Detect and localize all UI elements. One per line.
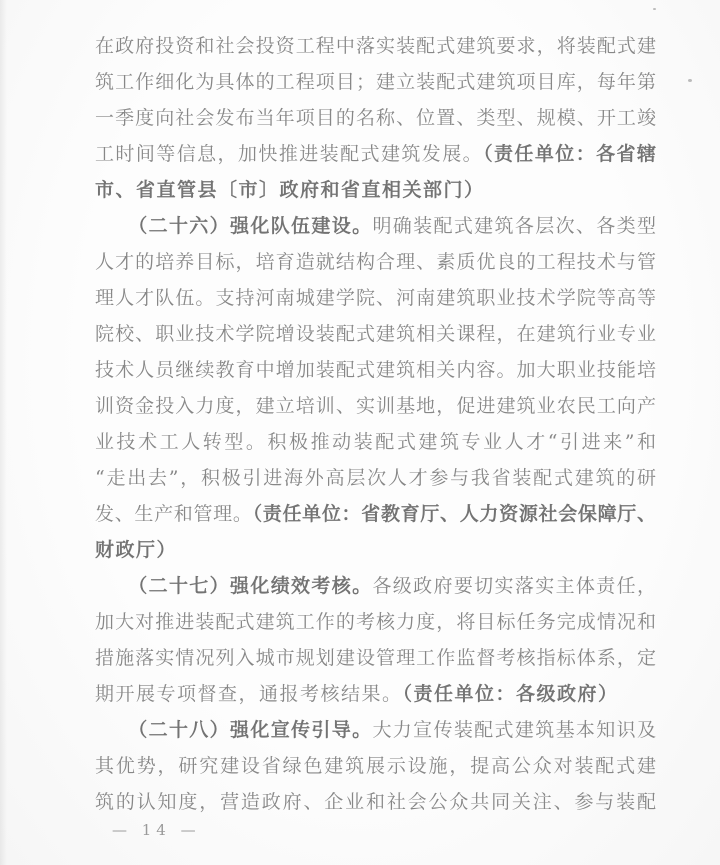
text-line: 发、生产和管理。（责任单位：省教育厅、人力资源社会保障厅、 bbox=[95, 496, 656, 532]
bold-text-segment: （二十八）强化宣传引导。 bbox=[128, 719, 372, 741]
text-line: 技术人员继续教育中增加装配式建筑相关内容。加大职业技能培 bbox=[95, 352, 656, 388]
text-segment: 业技术工人转型。积极推动装配式建筑专业人才“引进来”和 bbox=[95, 431, 656, 453]
bold-text-segment: （责任单位：各省辖 bbox=[483, 143, 656, 165]
bold-text-segment: 财政厅） bbox=[95, 539, 177, 561]
text-segment: 工时间等信息，加快推进装配式建筑发展。 bbox=[95, 143, 483, 165]
text-line: 措施落实情况列入城市规划建设管理工作监督考核指标体系，定 bbox=[95, 640, 656, 676]
text-line: 人才的培养目标，培育造就结构合理、素质优良的工程技术与管 bbox=[95, 244, 656, 280]
text-segment: “走出去”，积极引进海外高层次人才参与我省装配式建筑的研 bbox=[95, 467, 656, 489]
text-segment: 各级政府要切实落实主体责任， bbox=[372, 575, 656, 597]
text-line: 筑工作细化为具体的工程项目；建立装配式建筑项目库，每年第 bbox=[95, 64, 656, 100]
text-line: 期开展专项督查，通报考核结果。（责任单位：各级政府） bbox=[95, 676, 656, 712]
text-segment: 训资金投入力度，建立培训、实训基地，促进建筑业农民工向产 bbox=[95, 395, 656, 417]
text-line: 其优势，研究建设省绿色建筑展示设施，提高公众对装配式建 bbox=[95, 748, 656, 784]
text-segment: 措施落实情况列入城市规划建设管理工作监督考核指标体系，定 bbox=[95, 647, 656, 669]
text-segment: 加大对推进装配式建筑工作的考核力度，将目标任务完成情况和 bbox=[95, 611, 656, 633]
bold-text-segment: （二十七）强化绩效考核。 bbox=[128, 575, 372, 597]
bold-text-segment: （责任单位：各级政府） bbox=[403, 683, 619, 705]
text-segment: 人才的培养目标，培育造就结构合理、素质优良的工程技术与管 bbox=[95, 251, 656, 273]
text-line: 业技术工人转型。积极推动装配式建筑专业人才“引进来”和 bbox=[95, 424, 656, 460]
text-segment: 明确装配式建筑各层次、各类型 bbox=[372, 215, 656, 237]
text-segment: 筑的认知度，营造政府、企业和社会公众共同关注、参与装配 bbox=[95, 791, 656, 813]
bold-text-segment: （责任单位：省教育厅、人力资源社会保障厅、 bbox=[253, 503, 656, 525]
text-line: 训资金投入力度，建立培训、实训基地，促进建筑业农民工向产 bbox=[95, 388, 656, 424]
text-segment: 一季度向社会发布当年项目的名称、位置、类型、规模、开工竣 bbox=[95, 107, 656, 129]
text-line: 财政厅） bbox=[95, 532, 656, 568]
text-line: （二十七）强化绩效考核。各级政府要切实落实主体责任， bbox=[95, 568, 656, 604]
bold-text-segment: （二十六）强化队伍建设。 bbox=[128, 215, 372, 237]
text-line: 市、省直管县〔市〕政府和省直相关部门） bbox=[95, 172, 656, 208]
scanned-document-page: 在政府投资和社会投资工程中落实装配式建筑要求，将装配式建筑工作细化为具体的工程项… bbox=[0, 0, 720, 865]
text-line: “走出去”，积极引进海外高层次人才参与我省装配式建筑的研 bbox=[95, 460, 656, 496]
text-line: 加大对推进装配式建筑工作的考核力度，将目标任务完成情况和 bbox=[95, 604, 656, 640]
text-line: 理人才队伍。支持河南城建学院、河南建筑职业技术学院等高等 bbox=[95, 280, 656, 316]
text-segment: 发、生产和管理。 bbox=[95, 503, 253, 525]
text-line: 院校、职业技术学院增设装配式建筑相关课程，在建筑行业专业 bbox=[95, 316, 656, 352]
bold-text-segment: 市、省直管县〔市〕政府和省直相关部门） bbox=[95, 179, 485, 201]
text-segment: 技术人员继续教育中增加装配式建筑相关内容。加大职业技能培 bbox=[95, 359, 656, 381]
text-segment: 其优势，研究建设省绿色建筑展示设施，提高公众对装配式建 bbox=[95, 755, 656, 777]
text-line: 工时间等信息，加快推进装配式建筑发展。（责任单位：各省辖 bbox=[95, 136, 656, 172]
text-line: 一季度向社会发布当年项目的名称、位置、类型、规模、开工竣 bbox=[95, 100, 656, 136]
text-segment: 在政府投资和社会投资工程中落实装配式建筑要求，将装配式建 bbox=[95, 35, 656, 57]
text-line: 在政府投资和社会投资工程中落实装配式建筑要求，将装配式建 bbox=[95, 28, 656, 64]
text-segment: 期开展专项督查，通报考核结果。 bbox=[95, 683, 403, 705]
scan-artifact bbox=[653, 8, 656, 10]
text-segment: 院校、职业技术学院增设装配式建筑相关课程，在建筑行业专业 bbox=[95, 323, 656, 345]
text-segment: 理人才队伍。支持河南城建学院、河南建筑职业技术学院等高等 bbox=[95, 287, 656, 309]
text-line: 筑的认知度，营造政府、企业和社会公众共同关注、参与装配 bbox=[95, 784, 656, 820]
document-body: 在政府投资和社会投资工程中落实装配式建筑要求，将装配式建筑工作细化为具体的工程项… bbox=[95, 28, 656, 820]
page-number: — 14 — bbox=[112, 820, 201, 840]
text-segment: 筑工作细化为具体的工程项目；建立装配式建筑项目库，每年第 bbox=[95, 71, 656, 93]
text-line: （二十八）强化宣传引导。大力宣传装配式建筑基本知识及 bbox=[95, 712, 656, 748]
text-line: （二十六）强化队伍建设。明确装配式建筑各层次、各类型 bbox=[95, 208, 656, 244]
scan-artifact bbox=[688, 79, 692, 82]
text-segment: 大力宣传装配式建筑基本知识及 bbox=[372, 719, 656, 741]
